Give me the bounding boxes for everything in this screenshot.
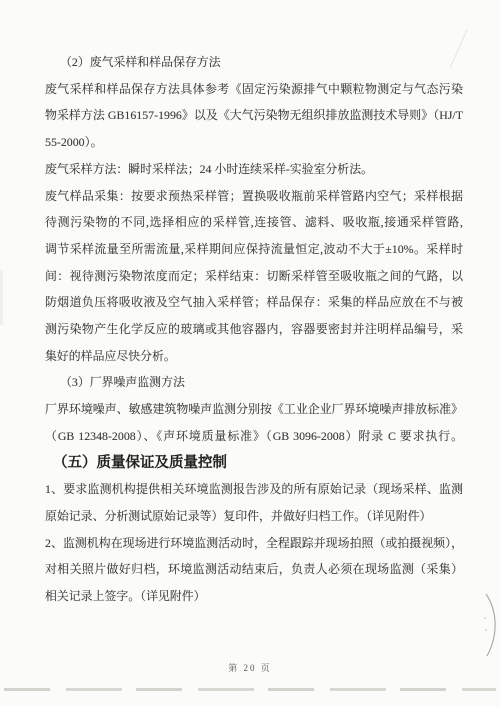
scan-artifact-curve (482, 590, 500, 660)
page-number: 第 20 页 (0, 661, 500, 674)
text-line: 间：视待测污染物浓度而定；采样结束：切断采样管至吸收瓶之间的气路，以 (45, 263, 463, 290)
text-line: 相关记录上签字。（详见附件） (45, 583, 463, 610)
text-line: 废气样品采集：按要求预热采样管；置换吸收瓶前采样管路内空气；采样根据 (45, 183, 463, 210)
scan-artifact-bottom-edge (4, 688, 496, 691)
text-line: （3）厂界噪声监测方法 (45, 369, 463, 396)
text-line: 废气采样方法：瞬时采样法；24 小时连续采样-实验室分析法。 (45, 156, 463, 183)
text-line: 物采样方法 GB16157-1996》以及《大气污染物无组织排放监测技术导则》（… (45, 102, 463, 129)
document-page: （2）废气采样和样品保存方法废气采样和样品保存方法具体参考《固定污染源排气中颗粒… (0, 0, 500, 707)
text-line: 测污染物产生化学反应的玻璃或其他容器内，容器要密封并注明样品编号，采 (45, 316, 463, 343)
text-line: 55-2000）。 (45, 129, 463, 156)
text-line: （2）废气采样和样品保存方法 (45, 49, 463, 76)
text-line: （GB 12348-2008）、《声环境质量标准》（GB 3096-2008）附… (45, 423, 463, 450)
section-heading: （五）质量保证及质量控制 (45, 450, 463, 477)
text-line: 厂界环境噪声、敏感建筑物噪声监测分别按《工业企业厂界环境噪声排放标准》 (45, 396, 463, 423)
text-line: 对相关照片做好归档，环境监测活动结束后，负责人必须在现场监测（采集） (45, 556, 463, 583)
text-line: 废气采样和样品保存方法具体参考《固定污染源排气中颗粒物测定与气态污染 (45, 76, 463, 103)
text-line: 待测污染物的不同,选择相应的采样管,连接管、滤料、吸收瓶,接通采样管路, (45, 209, 463, 236)
text-line: 原始记录、分析测试原始记录等）复印件，并做好归档工作。（详见附件） (45, 503, 463, 530)
text-line: 防烟道负压将吸收液及空气抽入采样管；样品保存：采集的样品应放在不与被 (45, 289, 463, 316)
text-line: 调节采样流量至所需流量,采样期间应保持流量恒定,波动不大于±10%。采样时 (45, 236, 463, 263)
text-line: 集好的样品应尽快分析。 (45, 343, 463, 370)
scan-artifact-left-smudge (0, 270, 3, 325)
text-line: 1、要求监测机构提供相关环境监测报告涉及的所有原始记录（现场采样、监测 (45, 476, 463, 503)
document-text-block: （2）废气采样和样品保存方法废气采样和样品保存方法具体参考《固定污染源排气中颗粒… (45, 49, 463, 610)
text-line: 2、监测机构在现场进行环境监测活动时，全程跟踪并现场拍照（或拍摄视频）， (45, 530, 463, 557)
